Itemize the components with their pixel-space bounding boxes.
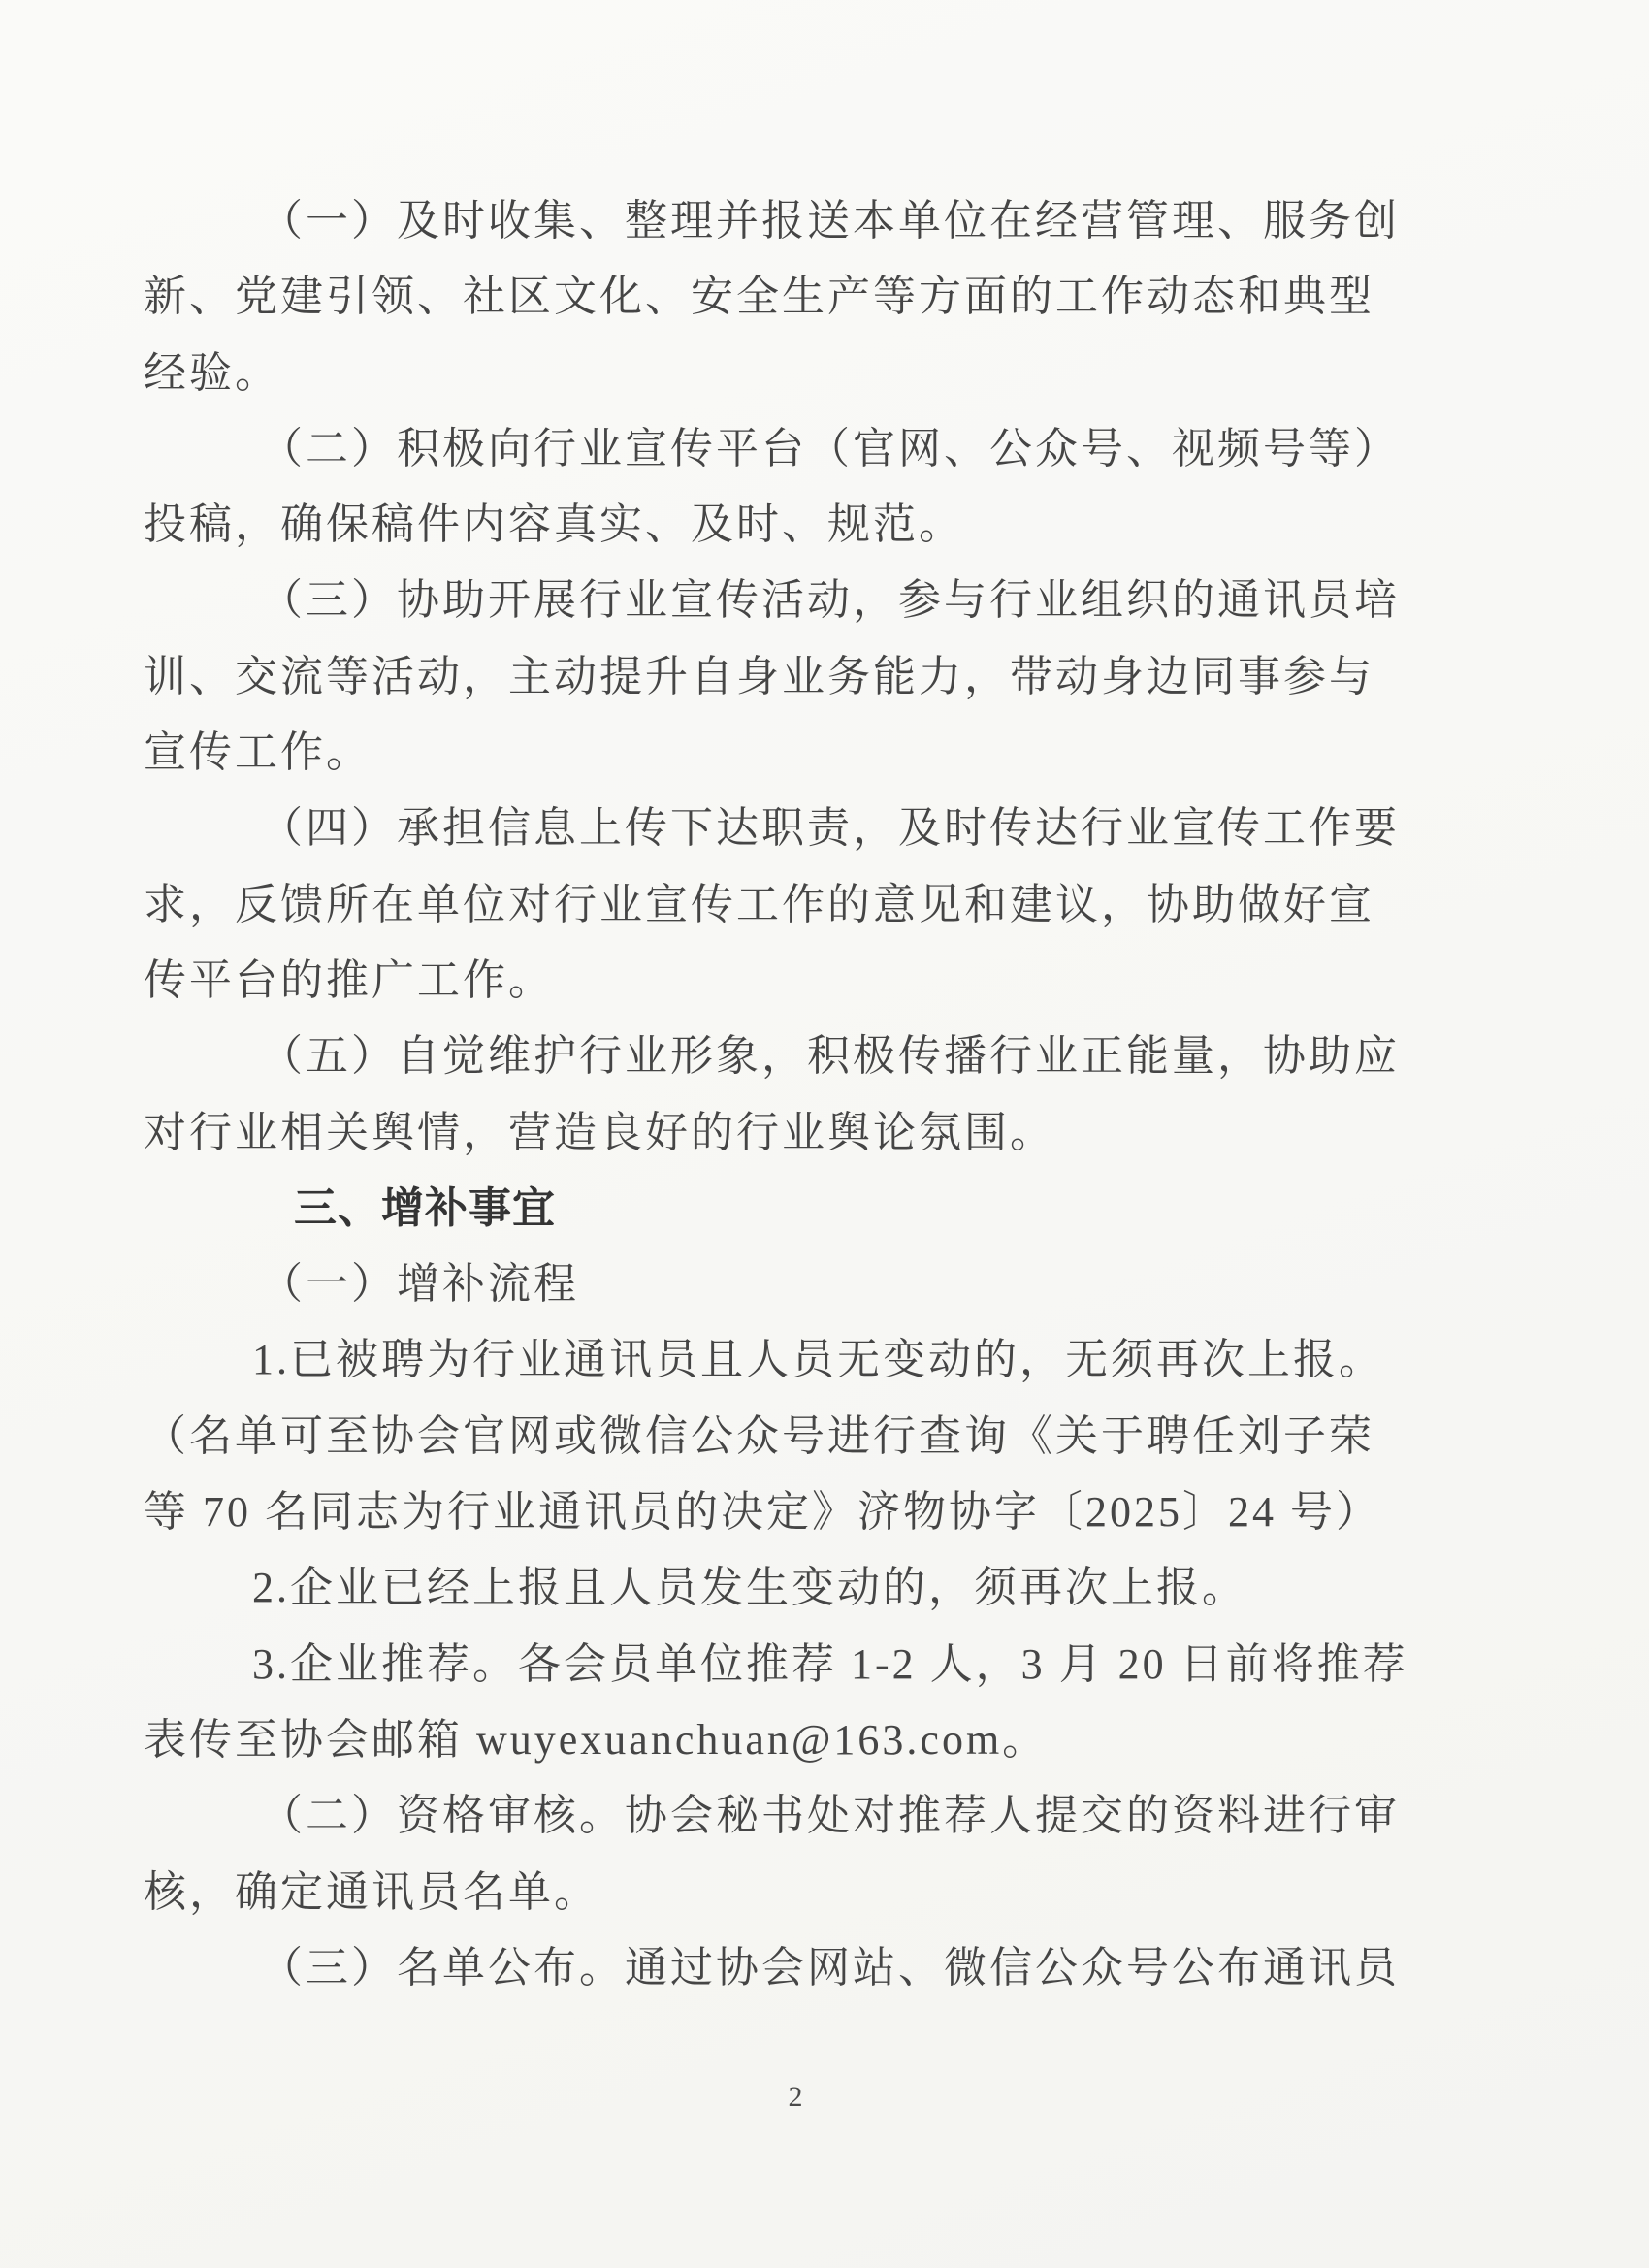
text-line-item-1-end: 等 70 名同志为行业通讯员的决定》济物协字〔2025〕24 号） — [144, 1474, 1395, 1550]
text-line-item-1: 1.已被聘为行业通讯员且人员无变动的，无须再次上报。 — [144, 1322, 1395, 1398]
text-line-subsection-3: （三）名单公布。通过协会网站、微信公众号公布通讯员 — [144, 1930, 1395, 2006]
text-line-duty-1-end: 经验。 — [144, 336, 1395, 411]
text-line-duty-2-end: 投稿，确保稿件内容真实、及时、规范。 — [144, 487, 1395, 563]
section-heading: 三、增补事宜 — [144, 1171, 1395, 1247]
text-line-subsection-1: （一）增补流程 — [144, 1247, 1395, 1322]
text-line-duty-4-start: （四）承担信息上传下达职责，及时传达行业宣传工作要 — [144, 791, 1395, 866]
text-line-item-1-cont: （名单可至协会官网或微信公众号进行查询《关于聘任刘子荣 — [144, 1399, 1395, 1474]
page-number: 2 — [766, 2074, 824, 2121]
text-line-subsection-2: （二）资格审核。协会秘书处对推荐人提交的资料进行审 — [144, 1778, 1395, 1854]
text-line-duty-3-cont: 训、交流等活动，主动提升自身业务能力，带动身边同事参与 — [144, 639, 1395, 715]
text-line-duty-5-start: （五）自觉维护行业形象，积极传播行业正能量，协助应 — [144, 1019, 1395, 1094]
body-text: （一）及时收集、整理并报送本单位在经营管理、服务创 新、党建引领、社区文化、安全… — [144, 183, 1395, 2006]
text-line-duty-3-end: 宣传工作。 — [144, 715, 1395, 791]
text-line-subsection-2-end: 核，确定通讯员名单。 — [144, 1855, 1395, 1930]
text-line-duty-1-start: （一）及时收集、整理并报送本单位在经营管理、服务创 — [144, 183, 1395, 259]
text-line-duty-2-start: （二）积极向行业宣传平台（官网、公众号、视频号等） — [144, 411, 1395, 487]
text-line-duty-4-end: 传平台的推广工作。 — [144, 943, 1395, 1019]
text-line-duty-3-start: （三）协助开展行业宣传活动，参与行业组织的通讯员培 — [144, 563, 1395, 638]
document-page: （一）及时收集、整理并报送本单位在经营管理、服务创 新、党建引领、社区文化、安全… — [0, 0, 1649, 2268]
text-line-item-2: 2.企业已经上报且人员发生变动的，须再次上报。 — [144, 1550, 1395, 1626]
text-line-duty-5-end: 对行业相关舆情，营造良好的行业舆论氛围。 — [144, 1095, 1395, 1171]
text-line-duty-4-cont: 求，反馈所在单位对行业宣传工作的意见和建议，协助做好宣 — [144, 867, 1395, 943]
text-line-item-3: 3.企业推荐。各会员单位推荐 1-2 人，3 月 20 日前将推荐 — [144, 1627, 1395, 1702]
text-line-item-3-end: 表传至协会邮箱 wuyexuanchuan@163.com。 — [144, 1702, 1395, 1778]
text-line-duty-1-cont: 新、党建引领、社区文化、安全生产等方面的工作动态和典型 — [144, 259, 1395, 335]
